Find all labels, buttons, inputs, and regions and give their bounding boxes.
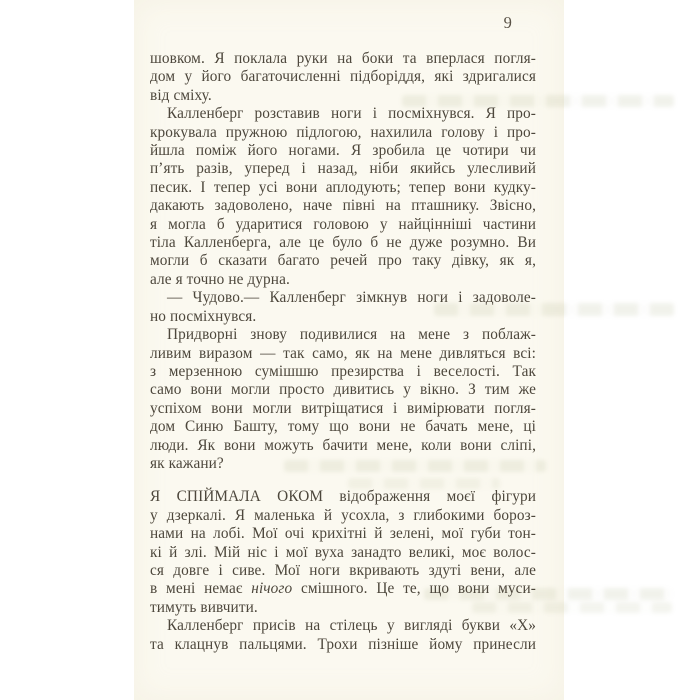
text-line: дакають задоволено, наче півні на пташни…	[150, 197, 536, 215]
text-line: люди. Як вони можуть бачити мене, коли в…	[150, 437, 536, 455]
text-line: само вони могли просто дивитись у вікно.…	[150, 381, 536, 399]
text-line: ливим виразом — так само, як на мене див…	[150, 345, 536, 363]
text-line: від сміху.	[150, 87, 536, 105]
text-line: ся довге і сиве. Мої ноги вкривають здут…	[150, 562, 536, 580]
text-line: з мерзенною сумішшю презирства і веселос…	[150, 363, 536, 381]
text-line: я могла б ударитися головою у найцінніші…	[150, 216, 536, 234]
paragraph: шовком. Я поклала руки на боки та вперла…	[150, 50, 536, 105]
text-line: але я точно не дурна.	[150, 271, 536, 289]
text-line: кі й злі. Мій ніс і мої вуха занадто вел…	[150, 544, 536, 562]
text-line: Я СПІЙМАЛА ОКОМ відображення моєї фігури	[150, 488, 536, 506]
scanned-book-page-view: 9 шовком. Я поклала руки на боки та впер…	[0, 0, 700, 700]
section: Я СПІЙМАЛА ОКОМ відображення моєї фігури…	[150, 488, 536, 654]
text-line: як кажани?	[150, 455, 536, 473]
text-line: Придворні знову подивилися на мене з поб…	[150, 326, 536, 344]
text-line: песик. І тепер усі вони аплодують; тепер…	[150, 179, 536, 197]
text-line: тіла Калленберга, але це було б не дуже …	[150, 234, 536, 252]
text-line: в мені немає нічого смішного. Це те, що …	[150, 580, 536, 598]
text-line: могли б сказати багато речей про таку ді…	[150, 252, 536, 270]
paragraph: — Чудово.— Калленберг зімкнув ноги і зад…	[150, 289, 536, 326]
paragraph: Я СПІЙМАЛА ОКОМ відображення моєї фігури…	[150, 488, 536, 617]
section: шовком. Я поклала руки на боки та вперла…	[150, 50, 536, 473]
text-line: дом Синю Башту, тому що вони не бачать м…	[150, 418, 536, 436]
paragraph: Придворні знову подивилися на мене з поб…	[150, 326, 536, 473]
text-line: Калленберг розставив ноги і посміхнувся.…	[150, 105, 536, 123]
text-line: п’ять разів, уперед і назад, ніби якийсь…	[150, 160, 536, 178]
text-line: дом у його багаточисленні підборіддя, як…	[150, 68, 536, 86]
text-line: у дзеркалі. Я маленька й усохла, з глибо…	[150, 507, 536, 525]
text-line: йшла поміж його ногами. Я зробила це чот…	[150, 142, 536, 160]
text-line: — Чудово.— Калленберг зімкнув ноги і зад…	[150, 289, 536, 307]
text-line: успіхом вони могли витріщатися і вимірюв…	[150, 400, 536, 418]
text-line: та клацнув пальцями. Трохи пізніше йому …	[150, 636, 536, 654]
text-line: но посміхнувся.	[150, 308, 536, 326]
text-line: тимуть вивчити.	[150, 599, 536, 617]
paragraph: Калленберг присів на стілець у вигляді б…	[150, 617, 536, 654]
text-line: шовком. Я поклала руки на боки та вперла…	[150, 50, 536, 68]
paragraph: Калленберг розставив ноги і посміхнувся.…	[150, 105, 536, 289]
text-line: крокувала пружною підлогою, нахилила гол…	[150, 124, 536, 142]
page-number: 9	[492, 13, 524, 33]
text-line: нами на лобі. Мої очі крихітні й зелені,…	[150, 525, 536, 543]
text-block: шовком. Я поклала руки на боки та вперла…	[150, 50, 536, 654]
text-line: Калленберг присів на стілець у вигляді б…	[150, 617, 536, 635]
